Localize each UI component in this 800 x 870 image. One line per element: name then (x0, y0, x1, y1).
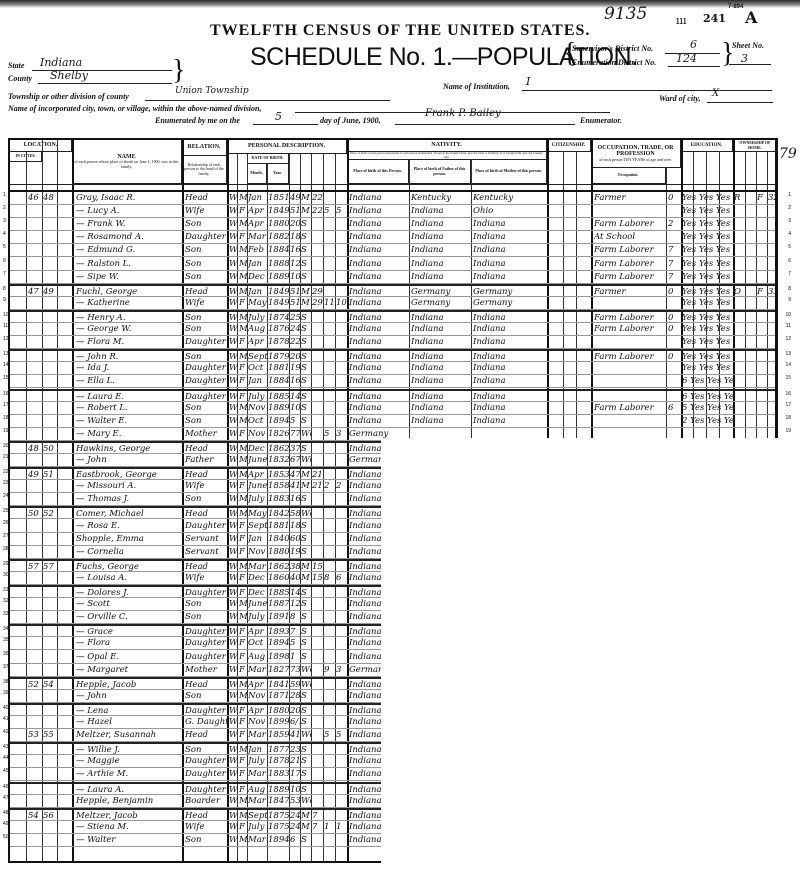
cell-year: 1889 (268, 402, 289, 415)
cell-yrs (312, 755, 323, 768)
cell-age: 20 (290, 218, 300, 231)
cell-farm (757, 231, 767, 244)
cell-own (734, 244, 745, 257)
cell-age: 18 (290, 520, 300, 533)
cell-bp: Indiana (349, 362, 409, 375)
cell-mar: M (301, 297, 311, 310)
cell-rel: Son (185, 258, 227, 271)
cell-dw (28, 533, 42, 546)
cell-age: 41 (290, 729, 300, 742)
cell-yrs (312, 729, 323, 742)
table-row: 44— Rosamond A.DaughterWFMar188218SIndia… (10, 231, 775, 244)
cell-farm (757, 323, 767, 336)
row-number-right: 19 (785, 428, 791, 434)
row-number: 30 (3, 572, 9, 578)
cell-fam (43, 664, 57, 677)
cell-ch (324, 336, 335, 349)
cell-edu: 2 Yes Yes Yes (682, 415, 733, 428)
cell-sex: M (239, 218, 247, 231)
cell-mp: Ohio (473, 205, 547, 218)
cell-bp: Indiana (349, 258, 409, 271)
cell-yrs (312, 533, 323, 546)
row-number: 49 (3, 821, 9, 827)
table-row: 1212— Flora M.DaughterWFApr187822SIndian… (10, 336, 775, 349)
cell-ch (324, 231, 335, 244)
cell-rel: Servant (185, 533, 227, 546)
row-number: 11 (3, 323, 8, 329)
cell-fam (43, 244, 57, 257)
cell-yrs: 29 (312, 297, 323, 310)
cell-fp: Indiana (411, 258, 471, 271)
header-month: Month. (247, 164, 267, 184)
cell-month: Mar (248, 231, 267, 244)
cell-month: June (248, 598, 267, 611)
cell-color: W (229, 821, 237, 834)
row-number-right: 15 (785, 375, 791, 381)
cell-unemp (668, 362, 681, 375)
cell-fp: Indiana (411, 205, 471, 218)
cell-color: W (229, 768, 237, 781)
cell-own (734, 415, 745, 428)
county-value: Shelby (50, 69, 88, 82)
cell-mar: S (301, 271, 311, 284)
cell-color: W (229, 716, 237, 729)
cell-yrs (312, 231, 323, 244)
ward-value: X (712, 88, 719, 99)
cell-sex: M (239, 271, 247, 284)
cell-liv (336, 362, 347, 375)
cell-rel: Daughter (185, 362, 227, 375)
header-nativity: NATIVITY. (347, 140, 547, 152)
county-line (38, 83, 172, 84)
cell-sched (768, 271, 780, 284)
township-label: Township or other division of county (8, 92, 129, 101)
cell-year: 1894 (268, 637, 289, 650)
cell-name: — Ella L. (76, 375, 182, 388)
cell-color: W (229, 258, 237, 271)
cell-name: — Arthie M. (76, 768, 182, 781)
cell-liv: 5 (336, 729, 347, 742)
cell-yrs (312, 664, 323, 677)
row-number: 21 (3, 454, 9, 460)
cell-fam (43, 821, 57, 834)
table-row: 22— Lucy A.WifeWFApr184951M2255IndianaIn… (10, 205, 775, 218)
cell-mar: Wd (301, 795, 311, 808)
cell-mar: S (301, 611, 311, 624)
header-occupation-col: Occupation. (591, 168, 666, 184)
cell-occ (594, 205, 666, 218)
cell-bp: Indiana (349, 271, 409, 284)
cell-fam: 55 (43, 729, 57, 742)
table-row: 1414— Ida J.DaughterWFOct188119SIndianaI… (10, 362, 775, 375)
cell-ch (324, 690, 335, 703)
cell-dw (28, 716, 42, 729)
header-dob: DATE OF BIRTH. (247, 154, 289, 164)
cell-fam (43, 611, 57, 624)
cell-dw (28, 834, 42, 847)
cell-name: — Flora M. (76, 336, 182, 349)
enumerated-label: Enumerated by me on the (155, 116, 240, 125)
cell-dw (28, 520, 42, 533)
cell-name: — Orville C. (76, 611, 182, 624)
cell-year: 1883 (268, 768, 289, 781)
cell-sex: M (239, 454, 247, 467)
cell-liv (336, 611, 347, 624)
cell-name: Hepple, Benjamin (76, 795, 182, 808)
cell-name: — Robert L. (76, 402, 182, 415)
cell-rel: Son (185, 415, 227, 428)
state-county-brace: } (172, 55, 185, 87)
cell-fam (43, 533, 57, 546)
cell-own (734, 336, 745, 349)
table-row: 1717— Robert L.SonWMNov188910SIndianaInd… (10, 402, 775, 415)
cell-sex: F (239, 546, 247, 559)
cell-dw (28, 572, 42, 585)
township-line (145, 100, 390, 101)
row-number-right: 12 (785, 336, 791, 342)
enumerated-day-line (253, 124, 318, 125)
state-label: State (8, 61, 24, 70)
cell-rel: Head (185, 729, 227, 742)
cell-dw (28, 362, 42, 375)
cell-mar: M (301, 480, 311, 493)
row-number: 23 (3, 480, 9, 486)
cell-mar: S (301, 546, 311, 559)
cell-mp: Indiana (473, 231, 547, 244)
cell-mp: Indiana (473, 244, 547, 257)
cell-own (734, 205, 745, 218)
row-number: 39 (3, 690, 9, 696)
cell-rel: Daughter (185, 755, 227, 768)
cell-ch (324, 598, 335, 611)
cell-color: W (229, 336, 237, 349)
cell-year: 1858 (268, 480, 289, 493)
row-number: 29 (3, 561, 9, 567)
cell-fam (43, 795, 57, 808)
cell-year: 1889 (268, 271, 289, 284)
cell-liv (336, 651, 347, 664)
cell-mp: Kentucky (473, 192, 547, 205)
row-number-right: 13 (785, 351, 791, 357)
cell-rel: Daughter (185, 375, 227, 388)
cell-yrs (312, 428, 323, 441)
cell-ch (324, 651, 335, 664)
cell-color: W (229, 231, 237, 244)
cell-mar: S (301, 493, 311, 506)
cell-edu: 5 Yes Yes Yes (682, 402, 733, 415)
cell-own (734, 271, 745, 284)
cell-rel: Daughter (185, 231, 227, 244)
cell-sex: F (239, 480, 247, 493)
cell-liv: 1 (336, 821, 347, 834)
cell-name: Gray, Isaac R. (76, 192, 182, 205)
row-number: 31 (3, 587, 9, 593)
cell-fam (43, 598, 57, 611)
cell-color: W (229, 690, 237, 703)
county-label: County (8, 74, 32, 83)
supervisor-value: 6 (690, 38, 697, 51)
cell-fam (43, 520, 57, 533)
cell-age: 18 (290, 231, 300, 244)
cell-unemp: 0 (668, 192, 681, 205)
cell-year: 1898 (268, 651, 289, 664)
cell-liv (336, 375, 347, 388)
cell-liv (336, 336, 347, 349)
cell-sex: F (239, 362, 247, 375)
cell-mar: S (301, 716, 311, 729)
cell-occ (594, 336, 666, 349)
cell-sex: F (239, 651, 247, 664)
cell-ch (324, 415, 335, 428)
cell-age: 8 (290, 611, 300, 624)
cell-bp: Indiana (349, 192, 409, 205)
cell-yrs (312, 454, 323, 467)
header-year: Year. (267, 164, 289, 184)
cell-age: 28 (290, 690, 300, 703)
cell-bp: Indiana (349, 323, 409, 336)
cell-month: Apr (248, 336, 267, 349)
cell-color: W (229, 834, 237, 847)
cell-yrs (312, 520, 323, 533)
enumerated-date-suffix: day of June, 1900, (320, 116, 381, 125)
cell-color: W (229, 415, 237, 428)
cell-fam (43, 402, 57, 415)
cell-year: 1881 (268, 520, 289, 533)
cell-year: 1849 (268, 297, 289, 310)
cell-dw (28, 375, 42, 388)
cell-ch: 11 (324, 297, 335, 310)
cell-color: W (229, 362, 237, 375)
institution-line (522, 90, 772, 91)
cell-mar: S (301, 231, 311, 244)
cell-month: Oct (248, 415, 267, 428)
cell-fam (43, 690, 57, 703)
cell-name: — Opal E. (76, 651, 182, 664)
cell-fam (43, 834, 57, 847)
page-number: 241 (703, 12, 726, 25)
cell-color: W (229, 664, 237, 677)
cell-edu: Yes Yes Yes (682, 297, 733, 310)
row-number: 15 (3, 375, 9, 381)
cell-liv (336, 690, 347, 703)
cell-sched (768, 218, 780, 231)
row-number: 36 (3, 651, 9, 657)
cell-rel: Father (185, 454, 227, 467)
cell-rel: Son (185, 402, 227, 415)
cell-sex: F (239, 297, 247, 310)
row-number: 38 (3, 679, 9, 685)
cell-sex: F (239, 231, 247, 244)
cell-month: Mar (248, 768, 267, 781)
form-number: 7-894 (728, 4, 743, 10)
cell-fam (43, 323, 57, 336)
cell-dw: 53 (28, 729, 42, 742)
cell-color: W (229, 402, 237, 415)
cell-liv (336, 533, 347, 546)
cell-fp: Indiana (411, 415, 471, 428)
cell-own (734, 218, 745, 231)
row-number-right: 9 (788, 297, 791, 303)
cell-liv (336, 454, 347, 467)
cell-mar: S (301, 598, 311, 611)
cell-liv (336, 402, 347, 415)
cell-year: 1887 (268, 598, 289, 611)
cell-month: May (248, 297, 267, 310)
cell-sched (768, 323, 780, 336)
cell-edu: Yes Yes Yes (682, 362, 733, 375)
cell-color: W (229, 572, 237, 585)
cell-year: 1826 (268, 428, 289, 441)
cell-year: 1859 (268, 729, 289, 742)
cell-color: W (229, 598, 237, 611)
cell-color: W (229, 795, 237, 808)
cell-edu: Yes Yes Yes (682, 271, 733, 284)
cell-liv (336, 520, 347, 533)
cell-rel: Son (185, 244, 227, 257)
cell-sex: F (239, 336, 247, 349)
table-row: 114648Gray, Isaac R.HeadWMJan185149M22In… (10, 192, 775, 205)
cell-farm (757, 205, 767, 218)
row-number-right: 16 (785, 391, 791, 397)
cell-dw (28, 795, 42, 808)
scan-edge (0, 0, 800, 8)
cell-name: — Scott (76, 598, 182, 611)
cell-yrs (312, 690, 323, 703)
cell-edu: Yes Yes Yes (682, 323, 733, 336)
cell-month: July (248, 821, 267, 834)
table-row: 1010— Henry A.SonWMJuly187425SIndianaInd… (10, 310, 775, 323)
header-birth-person: Place of birth of this Person. (347, 160, 409, 184)
cell-mar: S (301, 690, 311, 703)
cell-year: 1875 (268, 821, 289, 834)
row-number: 28 (3, 546, 9, 552)
cell-occ: Farm Laborer (594, 402, 666, 415)
cell-ch (324, 375, 335, 388)
cell-month: Mar (248, 729, 267, 742)
cell-ch (324, 362, 335, 375)
cell-month: Mar (248, 834, 267, 847)
cell-yrs (312, 598, 323, 611)
cell-occ: Farm Laborer (594, 323, 666, 336)
cell-yrs (312, 402, 323, 415)
header-occupation-desc: of each person TEN YEARS of age and over… (599, 158, 672, 162)
cell-sex: F (239, 375, 247, 388)
cell-unemp (668, 375, 681, 388)
cell-fam (43, 716, 57, 729)
cell-ch (324, 546, 335, 559)
cell-year: 1894 (268, 415, 289, 428)
header-education: EDUCATION. (681, 140, 733, 152)
cell-occ: Farm Laborer (594, 244, 666, 257)
cell-farm (757, 218, 767, 231)
cell-mar: Wd (301, 428, 311, 441)
cell-month: Feb (248, 244, 267, 257)
cell-yrs: 7 (312, 821, 323, 834)
cell-rel: Wife (185, 480, 227, 493)
cell-age: 19 (290, 546, 300, 559)
cell-mp: Indiana (473, 218, 547, 231)
row-number: 43 (3, 744, 9, 750)
cell-month: July (248, 493, 267, 506)
cell-month: Dec (248, 572, 267, 585)
cell-yrs: 15 (312, 572, 323, 585)
cell-color: W (229, 454, 237, 467)
cell-color: W (229, 520, 237, 533)
cell-rel: Head (185, 192, 227, 205)
cell-mar: S (301, 375, 311, 388)
cell-mar: Wd (301, 729, 311, 742)
cell-color: W (229, 637, 237, 650)
cell-year: 1851 (268, 192, 289, 205)
cell-month: Aug (248, 651, 267, 664)
cell-liv (336, 493, 347, 506)
row-number: 2 (3, 205, 6, 211)
cell-fam (43, 454, 57, 467)
cell-mar: S (301, 244, 311, 257)
cell-fam (43, 336, 57, 349)
cell-sex: M (239, 493, 247, 506)
cell-dw (28, 598, 42, 611)
cell-fam (43, 258, 57, 271)
cell-month: Nov (248, 546, 267, 559)
cell-name: — Katherine (76, 297, 182, 310)
cell-unemp (668, 205, 681, 218)
cell-color: W (229, 218, 237, 231)
state-value: Indiana (40, 56, 82, 69)
cell-liv (336, 834, 347, 847)
cell-year: 1888 (268, 258, 289, 271)
cell-mp: Germany (473, 297, 547, 310)
row-number: 3 (3, 218, 6, 224)
cell-rel: Servant (185, 546, 227, 559)
ward-line (707, 102, 773, 103)
cell-age: 12 (290, 598, 300, 611)
cell-name: — Rosamond A. (76, 231, 182, 244)
row-number: 35 (3, 637, 9, 643)
cell-age: 5 (290, 415, 300, 428)
cell-occ (594, 362, 666, 375)
cell-fp: Indiana (411, 375, 471, 388)
cell-unemp: 6 (668, 402, 681, 415)
cell-year: 1876 (268, 323, 289, 336)
cell-name: — Cornelia (76, 546, 182, 559)
enumerator-label: Enumerator. (580, 116, 622, 125)
cell-age: 51 (290, 297, 300, 310)
cell-sex: F (239, 821, 247, 834)
cell-color: W (229, 297, 237, 310)
cell-fam (43, 493, 57, 506)
cell-rel: Wife (185, 572, 227, 585)
cell-farm (757, 297, 767, 310)
cell-age: 41 (290, 480, 300, 493)
cell-liv (336, 415, 347, 428)
cell-age: 21 (290, 755, 300, 768)
cell-mar: M (301, 572, 311, 585)
cell-liv (336, 192, 347, 205)
cell-age: 22 (290, 336, 300, 349)
cell-rel: Daughter (185, 520, 227, 533)
cell-own (734, 231, 745, 244)
cell-yrs (312, 271, 323, 284)
cell-sched (768, 415, 780, 428)
cell-month: Nov (248, 428, 267, 441)
cell-sex: M (239, 611, 247, 624)
cell-name: — Sipe W. (76, 271, 182, 284)
cell-fam (43, 755, 57, 768)
cell-name: — Walter (76, 834, 182, 847)
cell-year: 1847 (268, 795, 289, 808)
cell-name: — John (76, 690, 182, 703)
